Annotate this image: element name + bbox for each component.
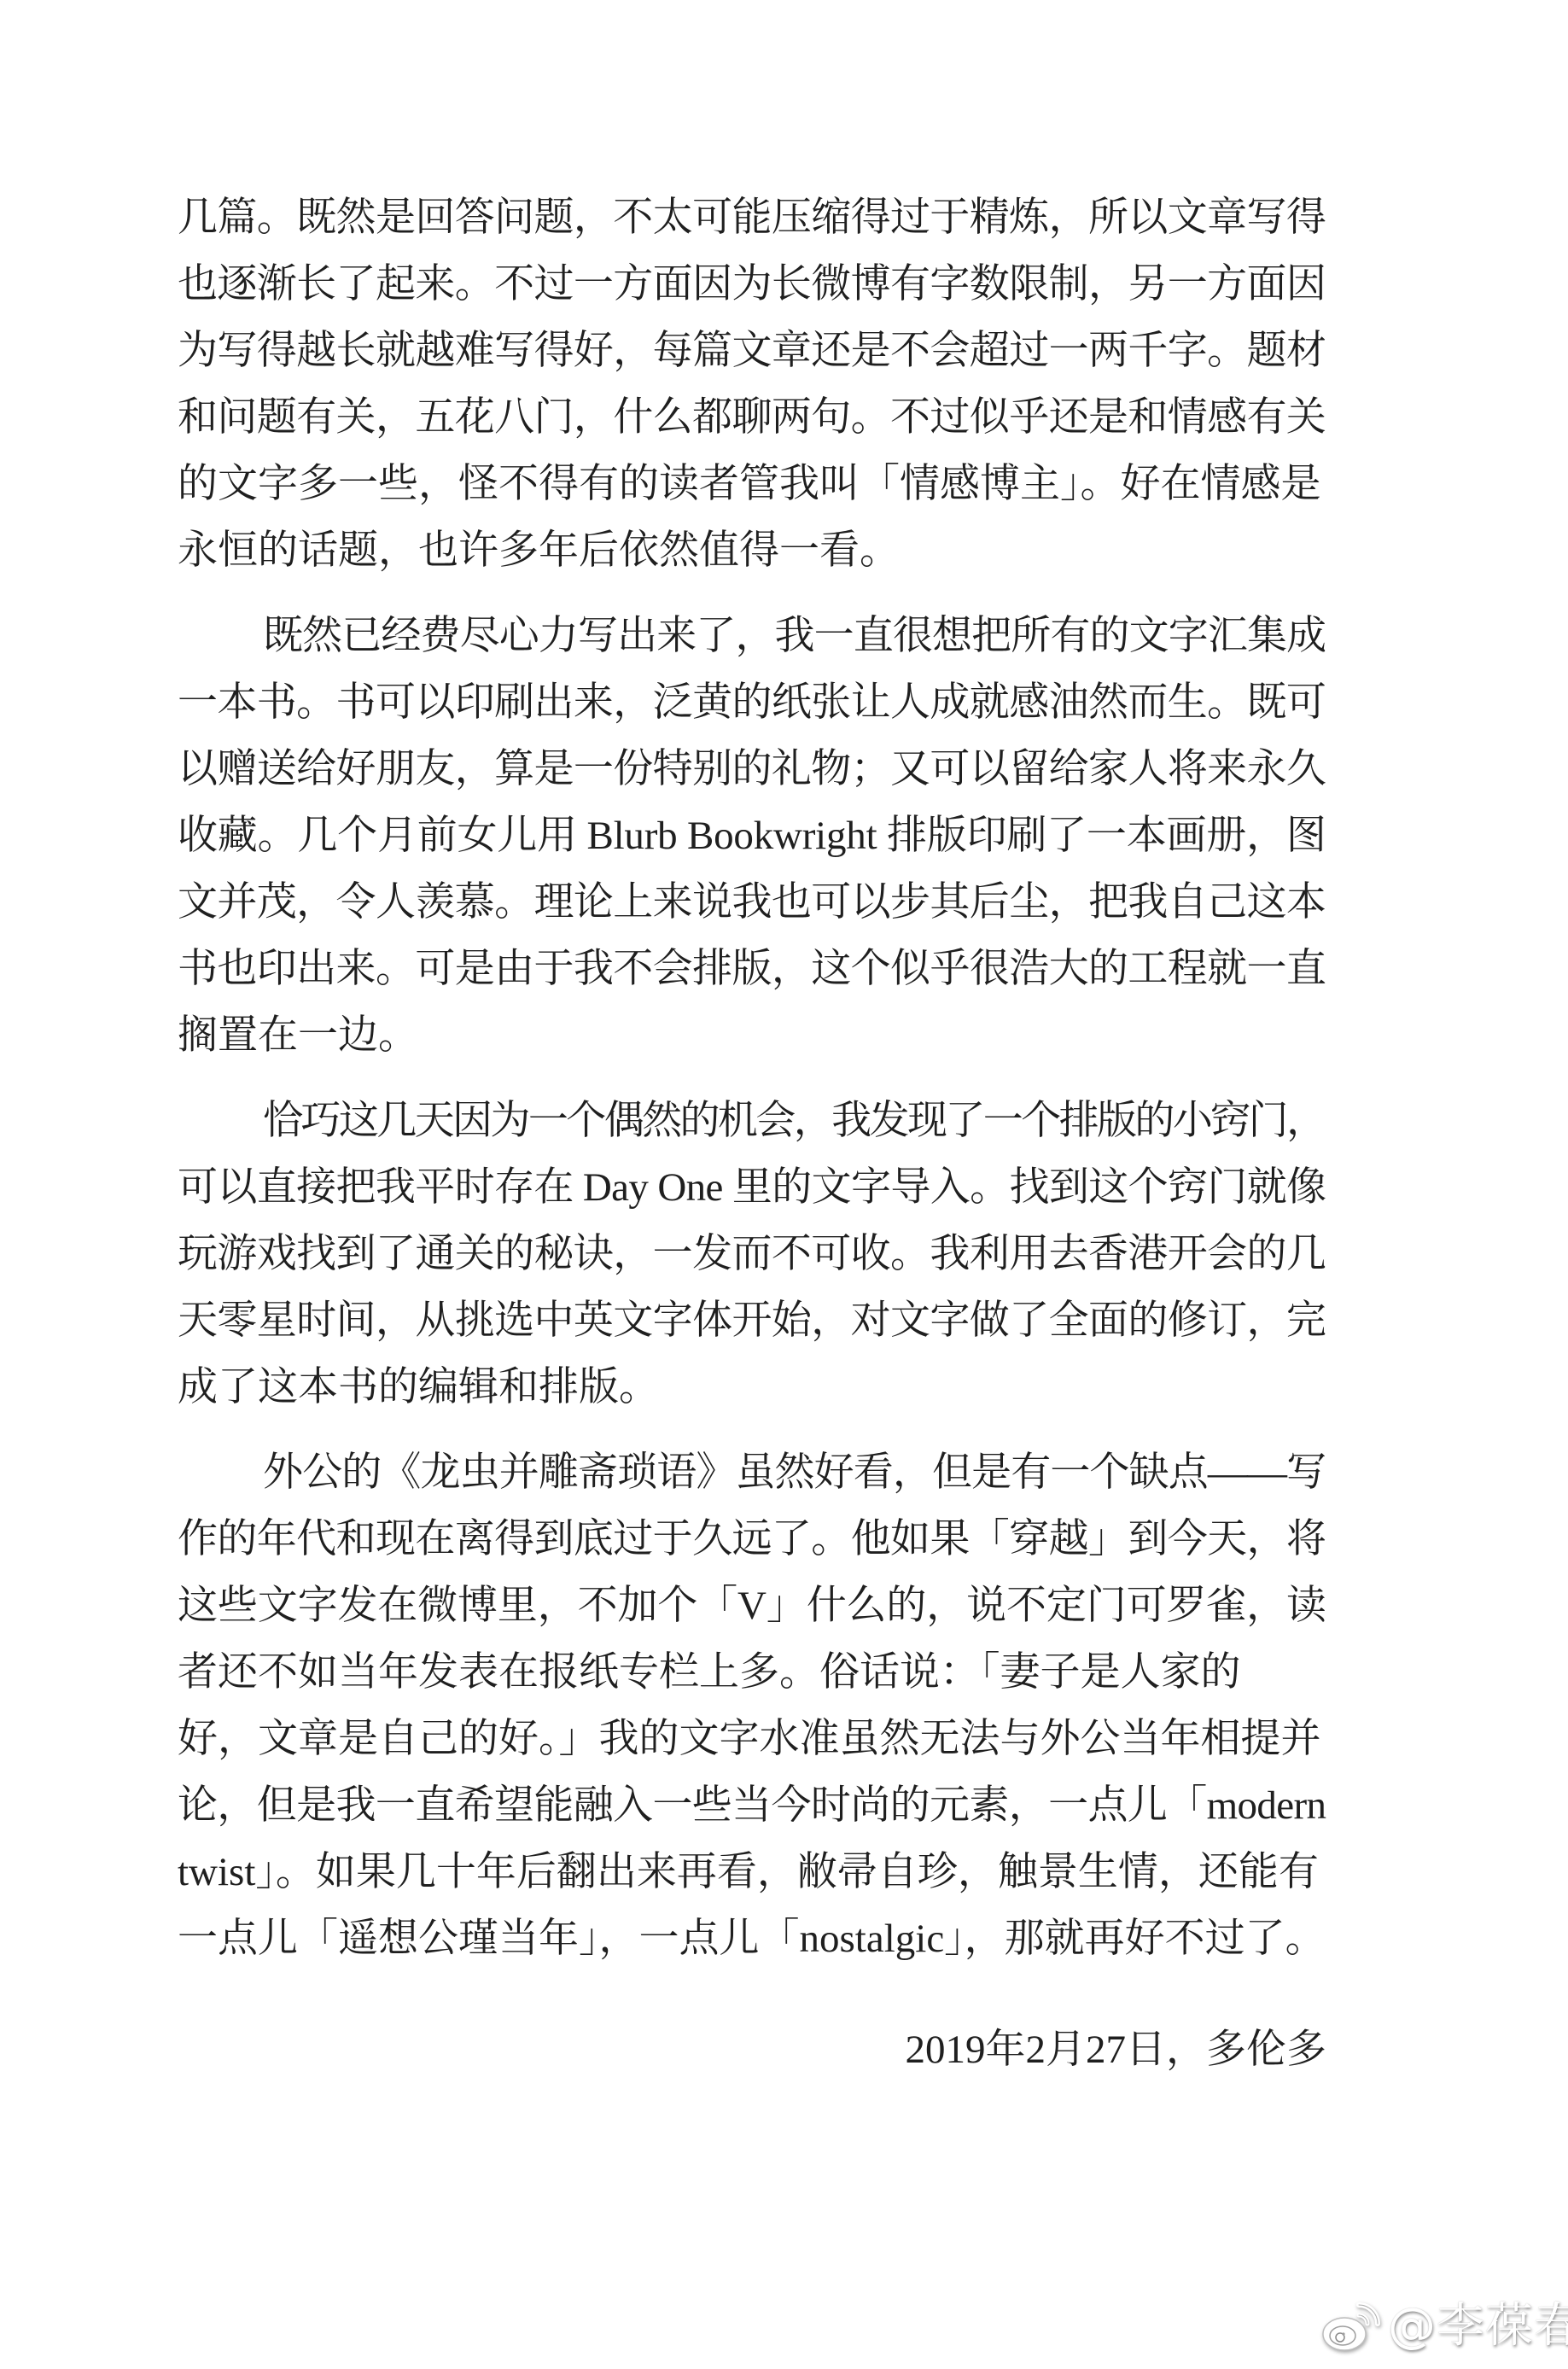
text-line: 成了这本书的编辑和排版。 bbox=[178, 1354, 1326, 1421]
text-line: 恰巧这几天因为一个偶然的机会，我发现了一个排版的小窍门， bbox=[178, 1088, 1326, 1154]
text-line: 的文字多一些，怪不得有的读者管我叫「情感博主」。好在情感是 bbox=[178, 451, 1326, 517]
book-page: 几篇。既然是回答问题，不太可能压缩得过于精炼，所以文章写得也逐渐长了起来。不过一… bbox=[0, 0, 1568, 2369]
text-line: twist」。如果几十年后翻出来再看，敝帚自珍，触景生情，还能有 bbox=[178, 1839, 1326, 1905]
text-line: 和问题有关，五花八门，什么都聊两句。不过似乎还是和情感有关 bbox=[178, 384, 1326, 451]
text-line: 玩游戏找到了通关的秘诀，一发而不可收。我利用去香港开会的几 bbox=[178, 1221, 1326, 1287]
text-line: 一点儿「遥想公瑾当年」，一点儿「nostalgic」，那就再好不过了。 bbox=[178, 1905, 1326, 1972]
text-line: 永恒的话题，也许多年后依然值得一看。 bbox=[178, 517, 1326, 584]
text-line: 既然已经费尽心力写出来了，我一直很想把所有的文字汇集成 bbox=[178, 603, 1326, 669]
body-text: 几篇。既然是回答问题，不太可能压缩得过于精炼，所以文章写得也逐渐长了起来。不过一… bbox=[178, 184, 1326, 1991]
text-line: 文并茂，令人羡慕。理论上来说我也可以步其后尘，把我自己这本 bbox=[178, 869, 1326, 936]
date-signature: 2019年2月27日，多伦多 bbox=[906, 2016, 1327, 2083]
text-line: 搁置在一边。 bbox=[178, 1002, 1326, 1069]
text-line: 收藏。几个月前女儿用 Blurb Bookwright 排版印刷了一本画册，图 bbox=[178, 802, 1326, 869]
paragraph: 既然已经费尽心力写出来了，我一直很想把所有的文字汇集成一本书。书可以印刷出来，泛… bbox=[178, 603, 1326, 1069]
text-line: 书也印出来。可是由于我不会排版，这个似乎很浩大的工程就一直 bbox=[178, 936, 1326, 1002]
text-line: 几篇。既然是回答问题，不太可能压缩得过于精炼，所以文章写得 bbox=[178, 184, 1326, 251]
paragraph: 恰巧这几天因为一个偶然的机会，我发现了一个排版的小窍门，可以直接把我平时存在 D… bbox=[178, 1088, 1326, 1421]
text-line: 这些文字发在微博里，不加个「V」什么的，说不定门可罗雀，读 bbox=[178, 1573, 1326, 1639]
text-line: 作的年代和现在离得到底过于久远了。他如果「穿越」到今天，将 bbox=[178, 1506, 1326, 1573]
paragraph: 外公的《龙虫并雕斋琐语》虽然好看，但是有一个缺点——写作的年代和现在离得到底过于… bbox=[178, 1439, 1326, 1972]
weibo-logo-icon bbox=[1321, 2300, 1381, 2353]
text-line: 为写得越长就越难写得好，每篇文章还是不会超过一两千字。题材 bbox=[178, 318, 1326, 384]
text-line: 一本书。书可以印刷出来，泛黄的纸张让人成就感油然而生。既可 bbox=[178, 669, 1326, 736]
text-line: 者还不如当年发表在报纸专栏上多。俗话说：「妻子是人家的 bbox=[178, 1639, 1326, 1706]
text-line: 也逐渐长了起来。不过一方面因为长微博有字数限制，另一方面因 bbox=[178, 251, 1326, 318]
text-line: 论，但是我一直希望能融入一些当今时尚的元素，一点儿「modern bbox=[178, 1772, 1326, 1839]
weibo-watermark: @李葆春 bbox=[1321, 2296, 1568, 2356]
text-line: 好，文章是自己的好。」我的文字水准虽然无法与外公当年相提并 bbox=[178, 1706, 1326, 1772]
text-line: 可以直接把我平时存在 Day One 里的文字导入。找到这个窍门就像 bbox=[178, 1154, 1326, 1221]
watermark-handle: @李葆春 bbox=[1388, 2300, 1568, 2353]
paragraph: 几篇。既然是回答问题，不太可能压缩得过于精炼，所以文章写得也逐渐长了起来。不过一… bbox=[178, 184, 1326, 584]
text-line: 外公的《龙虫并雕斋琐语》虽然好看，但是有一个缺点——写 bbox=[178, 1439, 1326, 1506]
text-line: 天零星时间，从挑选中英文字体开始，对文字做了全面的修订，完 bbox=[178, 1287, 1326, 1354]
text-line: 以赠送给好朋友，算是一份特别的礼物；又可以留给家人将来永久 bbox=[178, 736, 1326, 802]
